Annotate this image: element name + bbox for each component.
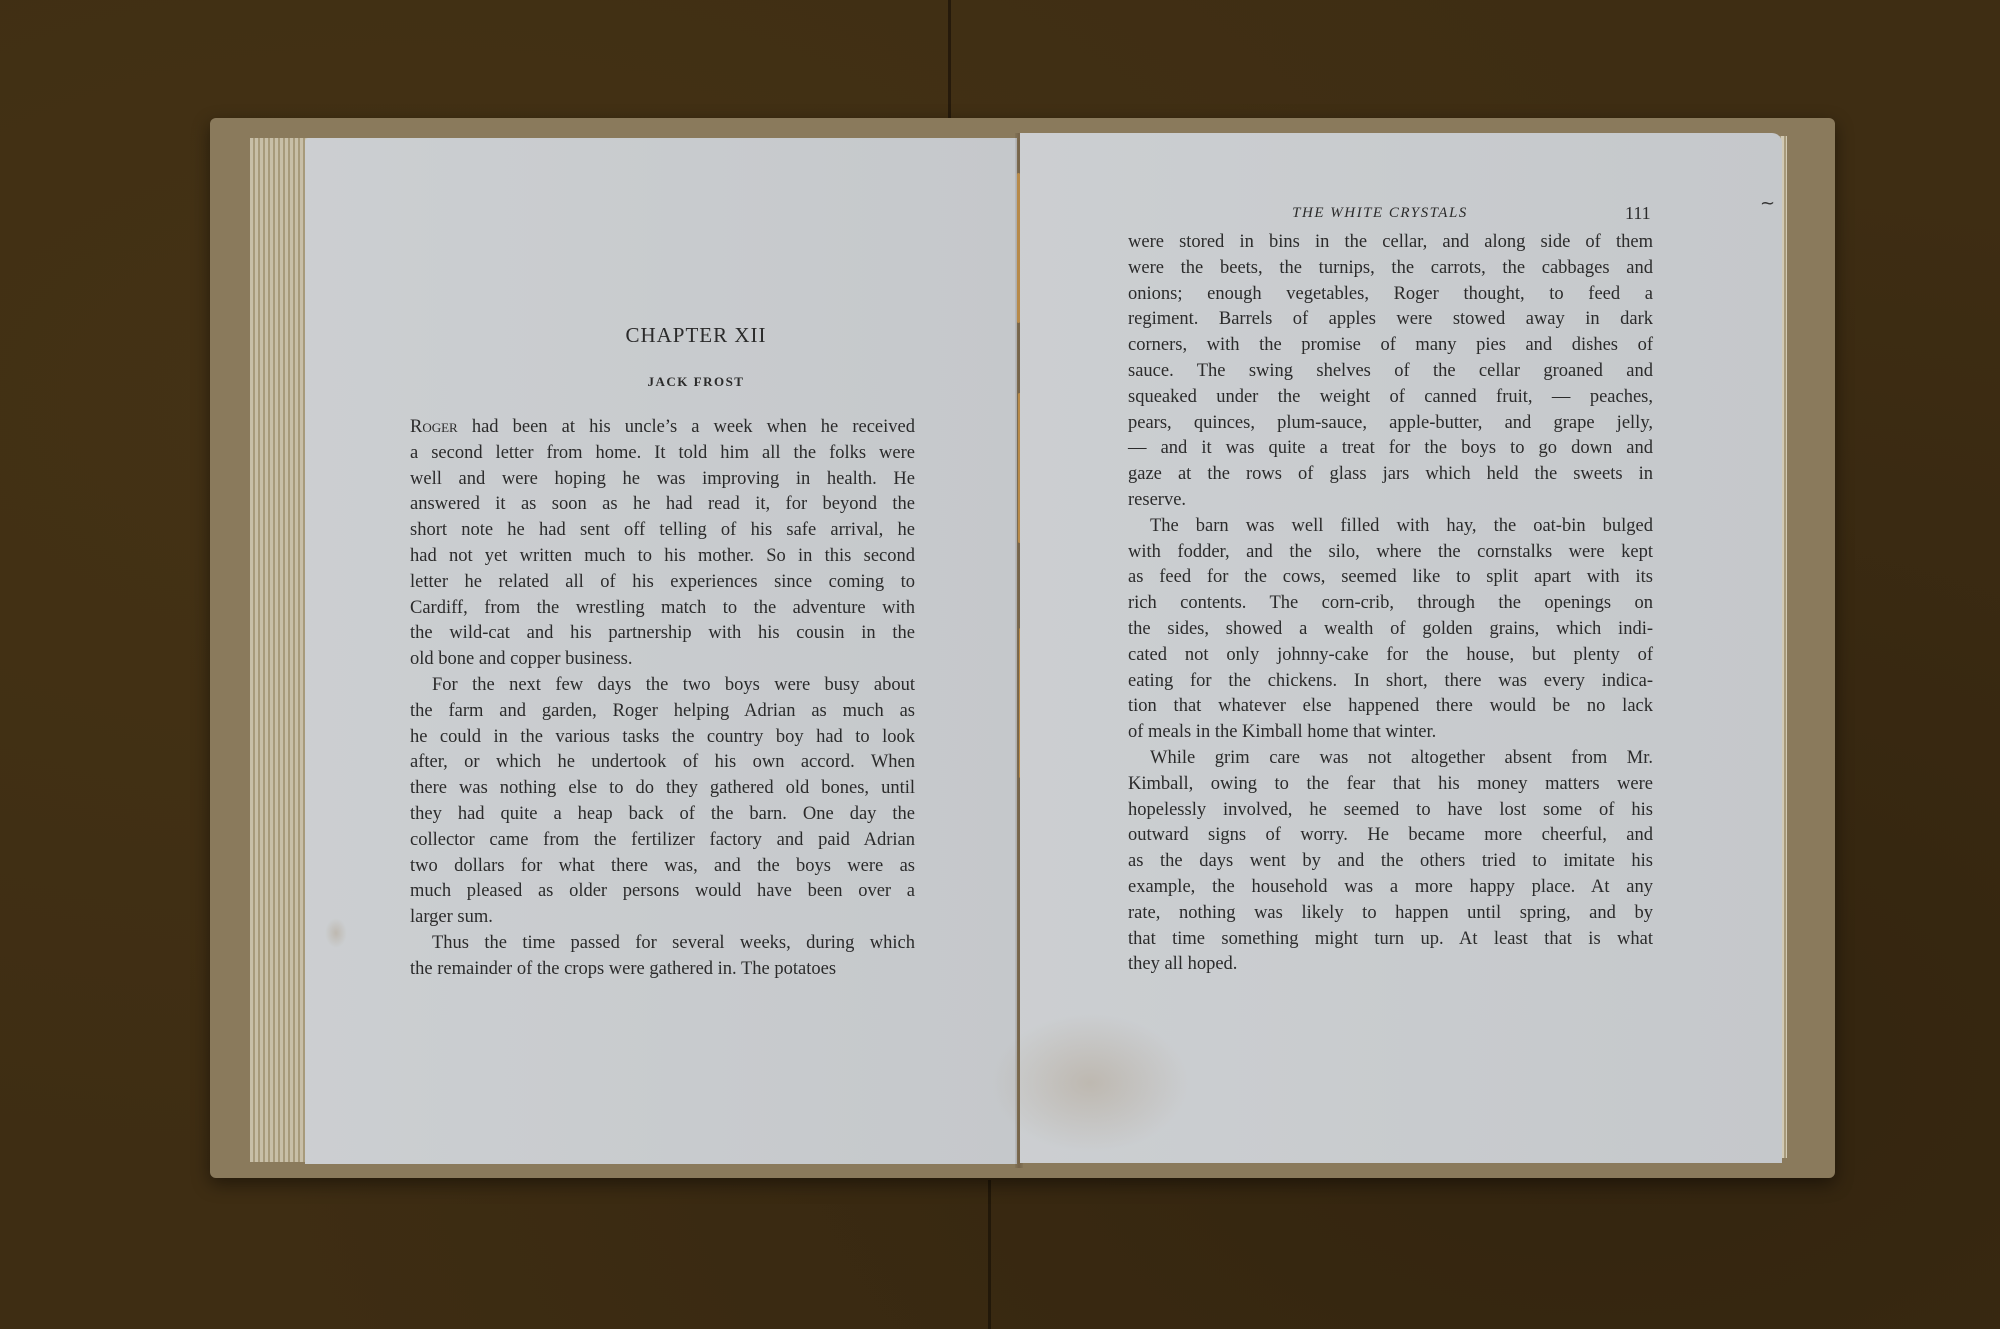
text-line: a second letter from home. It told him a… [410,441,915,467]
text-line: had not yet written much to his mother. … [410,544,915,570]
table-seam [988,1180,991,1329]
text-line: rate, nothing was likely to happen until… [1128,901,1653,927]
text-line: larger sum. [410,905,915,931]
text-line: Thus the time passed for several weeks, … [410,931,915,957]
text-line: he could in the various tasks the countr… [410,725,915,751]
text-line: short note he had sent off telling of hi… [410,518,915,544]
right-page[interactable]: THE WHITE CRYSTALS 111 ~ were stored in … [1020,133,1782,1163]
text-line: were stored in bins in the cellar, and a… [1128,230,1653,256]
text-line: reserve. [1128,488,1653,514]
text-line: there was nothing else to do they gather… [410,776,915,802]
text-line: tion that whatever else happened there w… [1128,694,1653,720]
text-line: after, or which he undertook of his own … [410,750,915,776]
right-page-body: were stored in bins in the cellar, and a… [1128,230,1653,978]
text-line: of meals in the Kimball home that winter… [1128,720,1653,746]
text-line: as feed for the cows, seemed like to spl… [1128,565,1653,591]
text-line: as the days went by and the others tried… [1128,849,1653,875]
paragraph: While grim care was not altogether absen… [1128,746,1653,978]
page-stack-left [250,138,310,1162]
text-line: squeaked under the weight of canned frui… [1128,385,1653,411]
text-line: with fodder, and the silo, where the cor… [1128,540,1653,566]
chapter-subtitle: JACK FROST [305,374,1017,390]
text-line: the wild-cat and his partnership with hi… [410,621,915,647]
text-line: outward signs of worry. He became more c… [1128,823,1653,849]
table-seam [948,0,951,130]
text-line: answered it as soon as he had read it, f… [410,492,915,518]
text-line: they all hoped. [1128,952,1653,978]
text-line: letter he related all of his experiences… [410,570,915,596]
text-line: were the beets, the turnips, the carrots… [1128,256,1653,282]
text-line: rich contents. The corn-crib, through th… [1128,591,1653,617]
text-line: eating for the chickens. In short, there… [1128,669,1653,695]
text-line: While grim care was not altogether absen… [1128,746,1653,772]
text-line: the sides, showed a wealth of golden gra… [1128,617,1653,643]
text-line: much pleased as older persons would have… [410,879,915,905]
text-line: well and were hoping he was improving in… [410,467,915,493]
paragraph: For the next few days the two boys were … [410,673,915,931]
text-line: they had quite a heap back of the barn. … [410,802,915,828]
text-line: sauce. The swing shelves of the cellar g… [1128,359,1653,385]
text-line: cated not only johnny-cake for the house… [1128,643,1653,669]
paragraph: Thus the time passed for several weeks, … [410,931,915,983]
text-line: Kimball, owing to the fear that his mone… [1128,772,1653,798]
text-line: For the next few days the two boys were … [410,673,915,699]
text-line: Roger had been at his uncle’s a week whe… [410,415,915,441]
text-line: old bone and copper business. [410,647,915,673]
page-number: 111 [1625,203,1651,224]
pencil-mark: ~ [1760,193,1775,214]
text-line: hopelessly involved, he seemed to have l… [1128,798,1653,824]
text-line: pears, quinces, plum-sauce, apple-butter… [1128,411,1653,437]
paragraph: The barn was well filled with hay, the o… [1128,514,1653,746]
opening-word: Roger [410,417,458,437]
text-line: corners, with the promise of many pies a… [1128,333,1653,359]
paragraph: were stored in bins in the cellar, and a… [1128,230,1653,514]
running-head: THE WHITE CRYSTALS [1200,205,1560,222]
text-line: regiment. Barrels of apples were stowed … [1128,307,1653,333]
text-line: onions; enough vegetables, Roger thought… [1128,282,1653,308]
text-line: gaze at the rows of glass jars which hel… [1128,462,1653,488]
text-line: Cardiff, from the wrestling match to the… [410,596,915,622]
stain [325,918,347,948]
paragraph: Roger had been at his uncle’s a week whe… [410,415,915,673]
chapter-title: CHAPTER XII [305,323,1017,348]
text-line: — and it was quite a treat for the boys … [1128,436,1653,462]
text-line: two dollars for what there was, and the … [410,854,915,880]
left-page-body: Roger had been at his uncle’s a week whe… [410,415,915,983]
open-book: CHAPTER XII JACK FROST Roger had been at… [210,118,1835,1178]
text-line: that time something might turn up. At le… [1128,927,1653,953]
text-line: collector came from the fertilizer facto… [410,828,915,854]
text-line: the farm and garden, Roger helping Adria… [410,699,915,725]
stain [990,1013,1190,1153]
text-line: example, the household was a more happy … [1128,875,1653,901]
text-line: The barn was well filled with hay, the o… [1128,514,1653,540]
text-line: the remainder of the crops were gathered… [410,957,915,983]
left-page[interactable]: CHAPTER XII JACK FROST Roger had been at… [305,138,1017,1164]
